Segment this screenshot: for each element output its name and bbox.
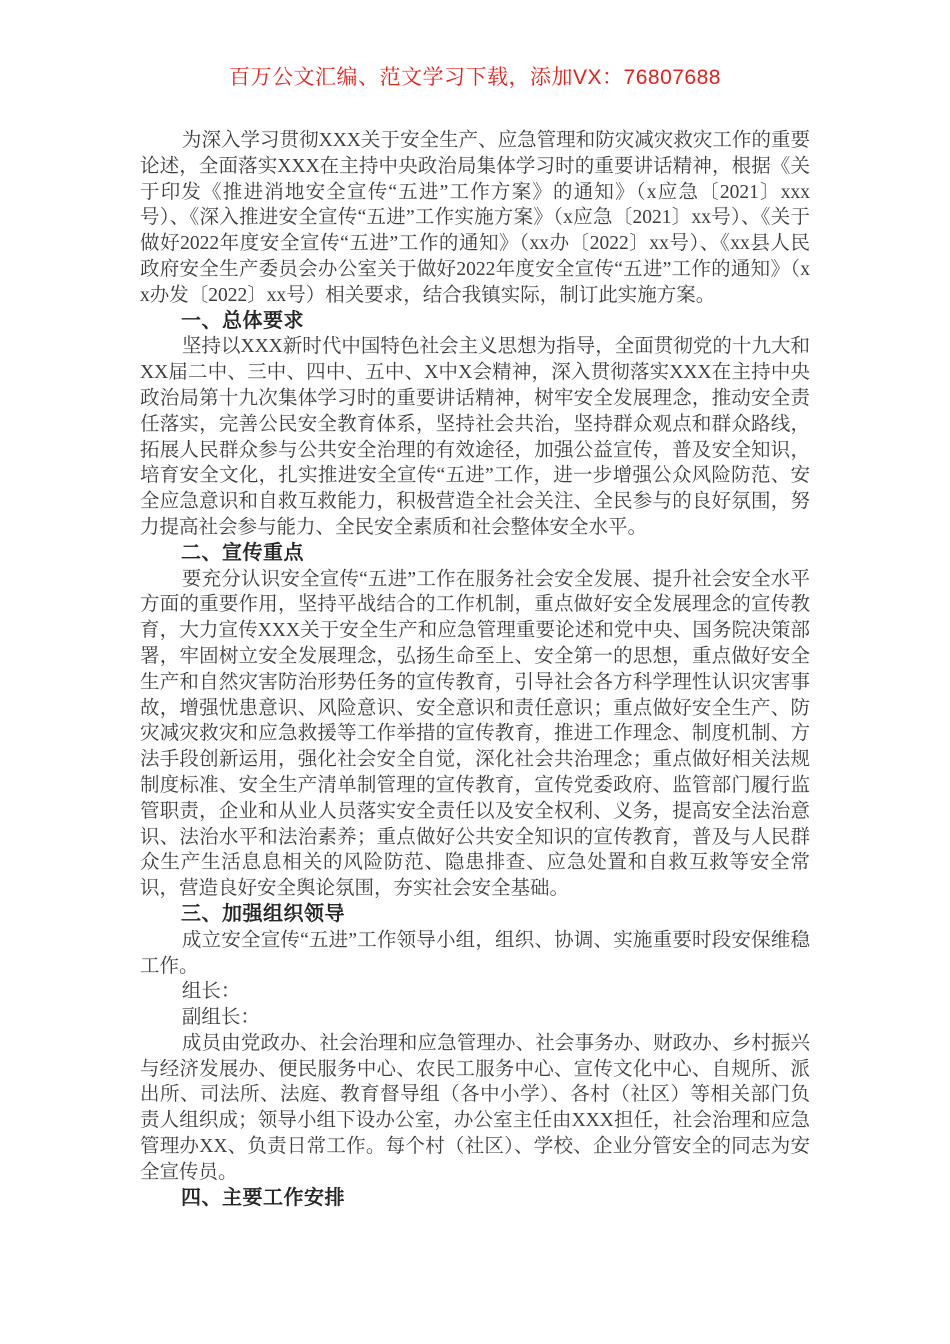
paragraph-overall-requirements: 坚持以XXX新时代中国特色社会主义思想为指导，全面贯彻党的十九大和XX届二中、三…	[140, 334, 810, 540]
heading-publicity-focus: 二、宣传重点	[140, 541, 810, 567]
paragraph-deputy-group-leader: 副组长：	[140, 1005, 810, 1031]
paragraph-group-leader: 组长：	[140, 979, 810, 1005]
paragraph-introduction: 为深入学习贯彻XXX关于安全生产、应急管理和防灾减灾救灾工作的重要论述，全面落实…	[140, 128, 810, 309]
heading-main-work-arrangement: 四、主要工作安排	[140, 1186, 810, 1212]
promo-banner-text: 百万公文汇编、范文学习下载，添加VX：76807688	[140, 64, 810, 92]
heading-organization-leadership: 三、加强组织领导	[140, 902, 810, 928]
document-body: 为深入学习贯彻XXX关于安全生产、应急管理和防灾减灾救灾工作的重要论述，全面落实…	[140, 128, 810, 1211]
paragraph-members: 成员由党政办、社会治理和应急管理办、社会事务办、财政办、乡村振兴与经济发展办、便…	[140, 1031, 810, 1186]
heading-overall-requirements: 一、总体要求	[140, 309, 810, 335]
paragraph-publicity-focus: 要充分认识安全宣传“五进”工作在服务社会安全发展、提升社会安全水平方面的重要作用…	[140, 567, 810, 902]
document-page: 百万公文汇编、范文学习下载，添加VX：76807688 为深入学习贯彻XXX关于…	[0, 0, 950, 1344]
paragraph-leading-group: 成立安全宣传“五进”工作领导小组，组织、协调、实施重要时段安保维稳工作。	[140, 928, 810, 980]
